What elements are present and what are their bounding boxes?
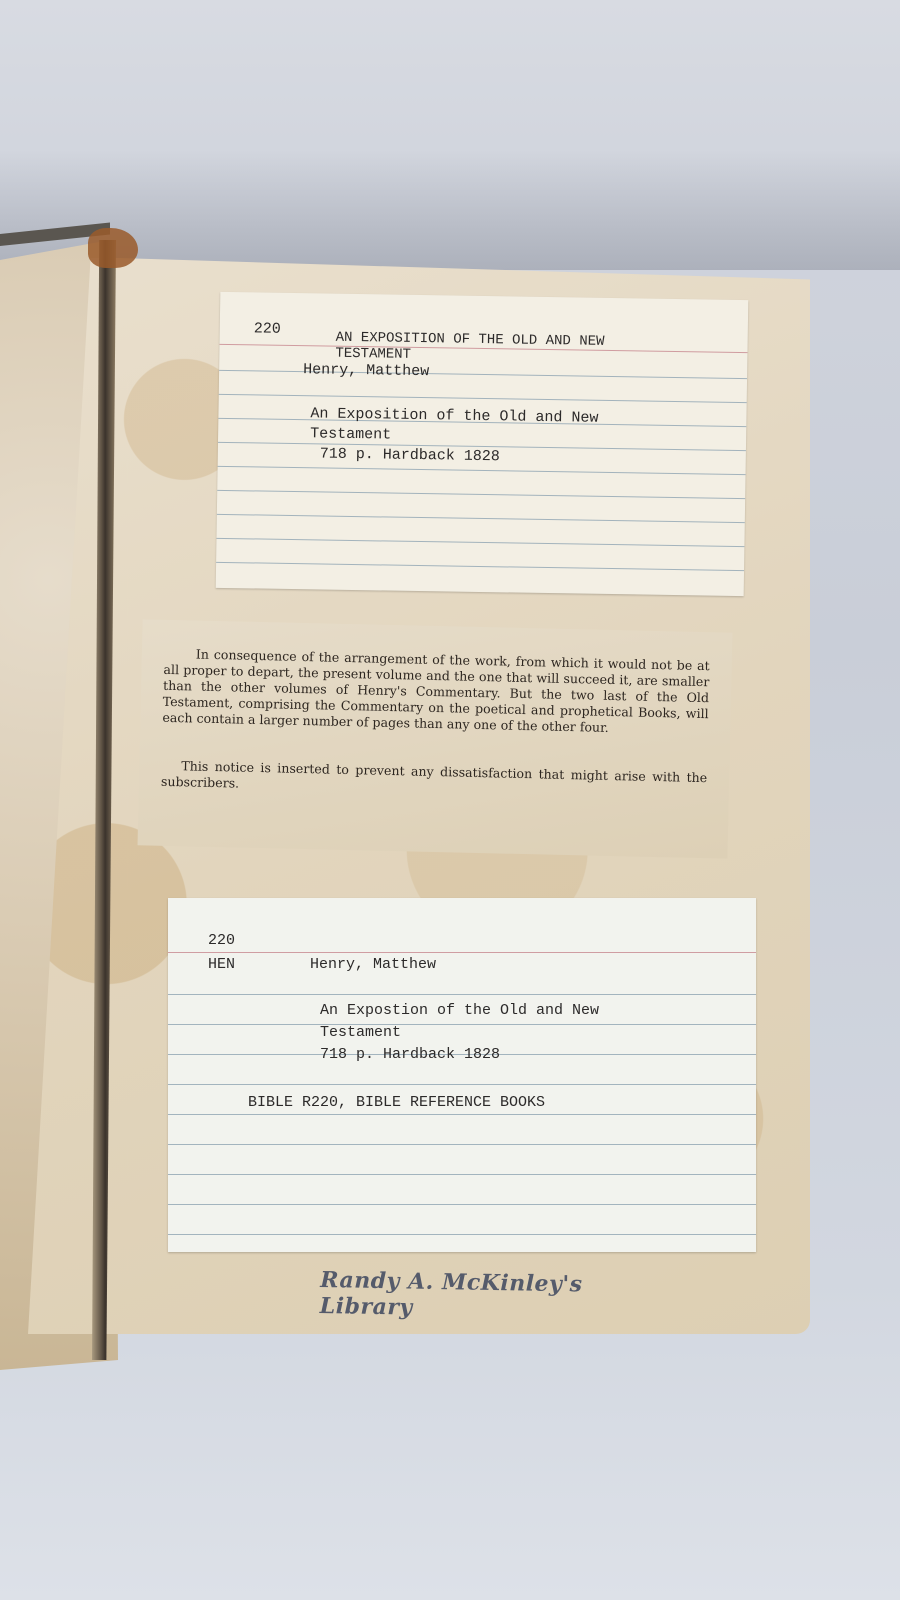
book-details: 718 p. Hardback 1828 <box>320 445 500 465</box>
title-line-1: An Exposition of the Old and New <box>310 405 598 427</box>
printed-notice: In consequence of the arrangement of the… <box>138 619 733 858</box>
book-details: 718 p. Hardback 1828 <box>320 1046 500 1063</box>
owner-library-stamp: Randy A. McKinley's Library <box>320 1267 671 1325</box>
catalog-card-bottom: 220 HEN Henry, Matthew An Expostion of t… <box>168 898 756 1252</box>
cutter-number: HEN <box>208 956 235 973</box>
title-line-2: Testament <box>320 1024 401 1041</box>
title-line-1: An Expostion of the Old and New <box>320 1002 599 1019</box>
title-line-2: Testament <box>310 425 391 443</box>
author: Henry, Matthew <box>303 361 429 380</box>
catalog-card-top: 220 AN EXPOSITION OF THE OLD AND NEW TES… <box>216 292 749 596</box>
notice-paragraph-2: This notice is inserted to prevent any d… <box>161 758 708 802</box>
subject-heading: BIBLE R220, BIBLE REFERENCE BOOKS <box>248 1094 545 1111</box>
call-number: 220 <box>254 320 281 337</box>
call-number: 220 <box>208 932 235 949</box>
title-heading-line-2: TESTAMENT <box>335 346 411 363</box>
author: Henry, Matthew <box>310 956 436 973</box>
notice-paragraph-1: In consequence of the arrangement of the… <box>162 646 710 738</box>
spine-damage <box>88 228 138 268</box>
